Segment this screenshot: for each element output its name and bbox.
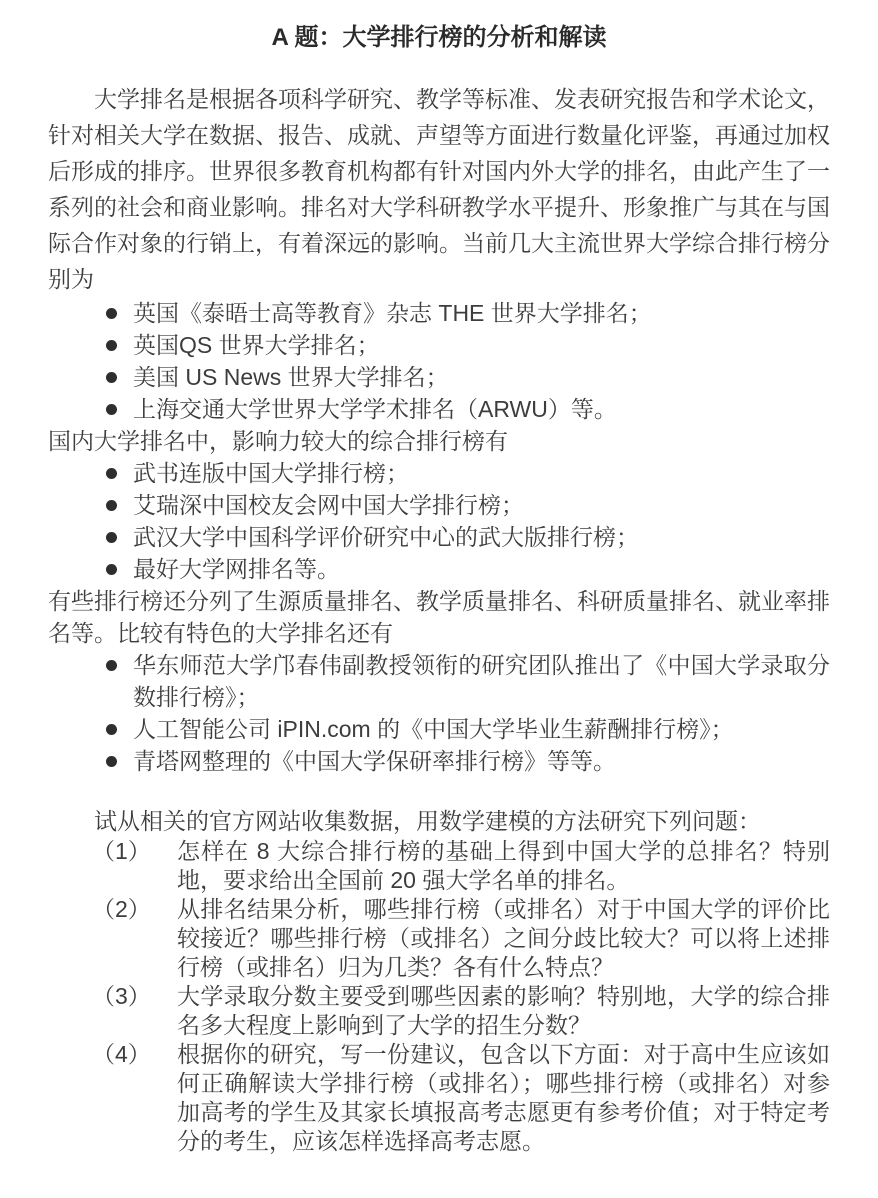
question-text: 根据你的研究，写一份建议，包含以下方面：对于高中生应该如何正确解读大学排行榜（或… <box>177 1040 830 1156</box>
document-page: A 题：大学排行榜的分析和解读 大学排名是根据各项科学研究、教学等标准、发表研究… <box>0 0 878 1198</box>
question-item: （2） 从排名结果分析，哪些排行榜（或排名）对于中国大学的评价比较接近？哪些排行… <box>48 895 830 982</box>
world-ranking-list: 英国《泰晤士高等教育》杂志 THE 世界大学排名； 英国QS 世界大学排名； 美… <box>48 297 830 425</box>
question-number: （4） <box>48 1040 177 1156</box>
special-lead: 有些排行榜还分列了生源质量排名、教学质量排名、科研质量排名、就业率排名等。比较有… <box>48 585 830 649</box>
bullet-icon <box>106 564 117 575</box>
list-item: 华东师范大学邝春伟副教授领衔的研究团队推出了《中国大学录取分数排行榜》； <box>48 649 830 713</box>
bullet-icon <box>106 372 117 383</box>
list-item-text: 青塔网整理的《中国大学保研率排行榜》等等。 <box>133 748 616 774</box>
bullet-icon <box>106 404 117 415</box>
list-item-text: 最好大学网排名等。 <box>133 556 340 582</box>
list-item: 人工智能公司 iPIN.com 的《中国大学毕业生薪酬排行榜》； <box>48 713 830 745</box>
list-item: 上海交通大学世界大学学术排名（ARWU）等。 <box>48 393 830 425</box>
document-body: 大学排名是根据各项科学研究、教学等标准、发表研究报告和学术论文，针对相关大学在数… <box>48 81 830 1156</box>
question-text: 怎样在 8 大综合排行榜的基础上得到中国大学的总排名？特别地，要求给出全国前 2… <box>177 837 830 895</box>
question-number: （2） <box>48 895 177 982</box>
document-title: A 题：大学排行榜的分析和解读 <box>0 22 878 53</box>
list-item: 艾瑞深中国校友会网中国大学排行榜； <box>48 489 830 521</box>
bullet-icon <box>106 724 117 735</box>
bullet-icon <box>106 468 117 479</box>
list-item-text: 美国 US News 世界大学排名； <box>133 364 449 390</box>
list-item: 英国《泰晤士高等教育》杂志 THE 世界大学排名； <box>48 297 830 329</box>
list-item-text: 英国QS 世界大学排名； <box>133 332 380 358</box>
question-item: （1） 怎样在 8 大综合排行榜的基础上得到中国大学的总排名？特别地，要求给出全… <box>48 837 830 895</box>
list-item-text: 武汉大学中国科学评价研究中心的武大版排行榜； <box>133 524 639 550</box>
bullet-icon <box>106 660 117 671</box>
list-item: 最好大学网排名等。 <box>48 553 830 585</box>
domestic-ranking-list: 武书连版中国大学排行榜； 艾瑞深中国校友会网中国大学排行榜； 武汉大学中国科学评… <box>48 457 830 585</box>
domestic-lead: 国内大学排名中，影响力较大的综合排行榜有 <box>48 425 830 457</box>
list-item-text: 艾瑞深中国校友会网中国大学排行榜； <box>133 492 524 518</box>
question-text: 从排名结果分析，哪些排行榜（或排名）对于中国大学的评价比较接近？哪些排行榜（或排… <box>177 895 830 982</box>
bullet-icon <box>106 500 117 511</box>
list-item-text: 人工智能公司 iPIN.com 的《中国大学毕业生薪酬排行榜》； <box>133 716 734 742</box>
list-item: 美国 US News 世界大学排名； <box>48 361 830 393</box>
question-list: （1） 怎样在 8 大综合排行榜的基础上得到中国大学的总排名？特别地，要求给出全… <box>48 837 830 1156</box>
question-number: （3） <box>48 982 177 1040</box>
question-item: （3） 大学录取分数主要受到哪些因素的影响？特别地，大学的综合排名多大程度上影响… <box>48 982 830 1040</box>
list-item-text: 武书连版中国大学排行榜； <box>133 460 409 486</box>
question-number: （1） <box>48 837 177 895</box>
question-text: 大学录取分数主要受到哪些因素的影响？特别地，大学的综合排名多大程度上影响到了大学… <box>177 982 830 1040</box>
bullet-icon <box>106 340 117 351</box>
list-item: 英国QS 世界大学排名； <box>48 329 830 361</box>
bullet-icon <box>106 308 117 319</box>
intro-paragraph: 大学排名是根据各项科学研究、教学等标准、发表研究报告和学术论文，针对相关大学在数… <box>48 81 830 297</box>
list-item-text: 华东师范大学邝春伟副教授领衔的研究团队推出了《中国大学录取分数排行榜》； <box>133 652 830 710</box>
list-item: 青塔网整理的《中国大学保研率排行榜》等等。 <box>48 745 830 777</box>
question-item: （4） 根据你的研究，写一份建议，包含以下方面：对于高中生应该如何正确解读大学排… <box>48 1040 830 1156</box>
list-item-text: 英国《泰晤士高等教育》杂志 THE 世界大学排名； <box>133 300 652 326</box>
bullet-icon <box>106 532 117 543</box>
special-ranking-list: 华东师范大学邝春伟副教授领衔的研究团队推出了《中国大学录取分数排行榜》； 人工智… <box>48 649 830 777</box>
list-item: 武书连版中国大学排行榜； <box>48 457 830 489</box>
task-intro: 试从相关的官方网站收集数据，用数学建模的方法研究下列问题： <box>48 805 830 837</box>
list-item-text: 上海交通大学世界大学学术排名（ARWU）等。 <box>133 396 617 422</box>
list-item: 武汉大学中国科学评价研究中心的武大版排行榜； <box>48 521 830 553</box>
bullet-icon <box>106 756 117 767</box>
